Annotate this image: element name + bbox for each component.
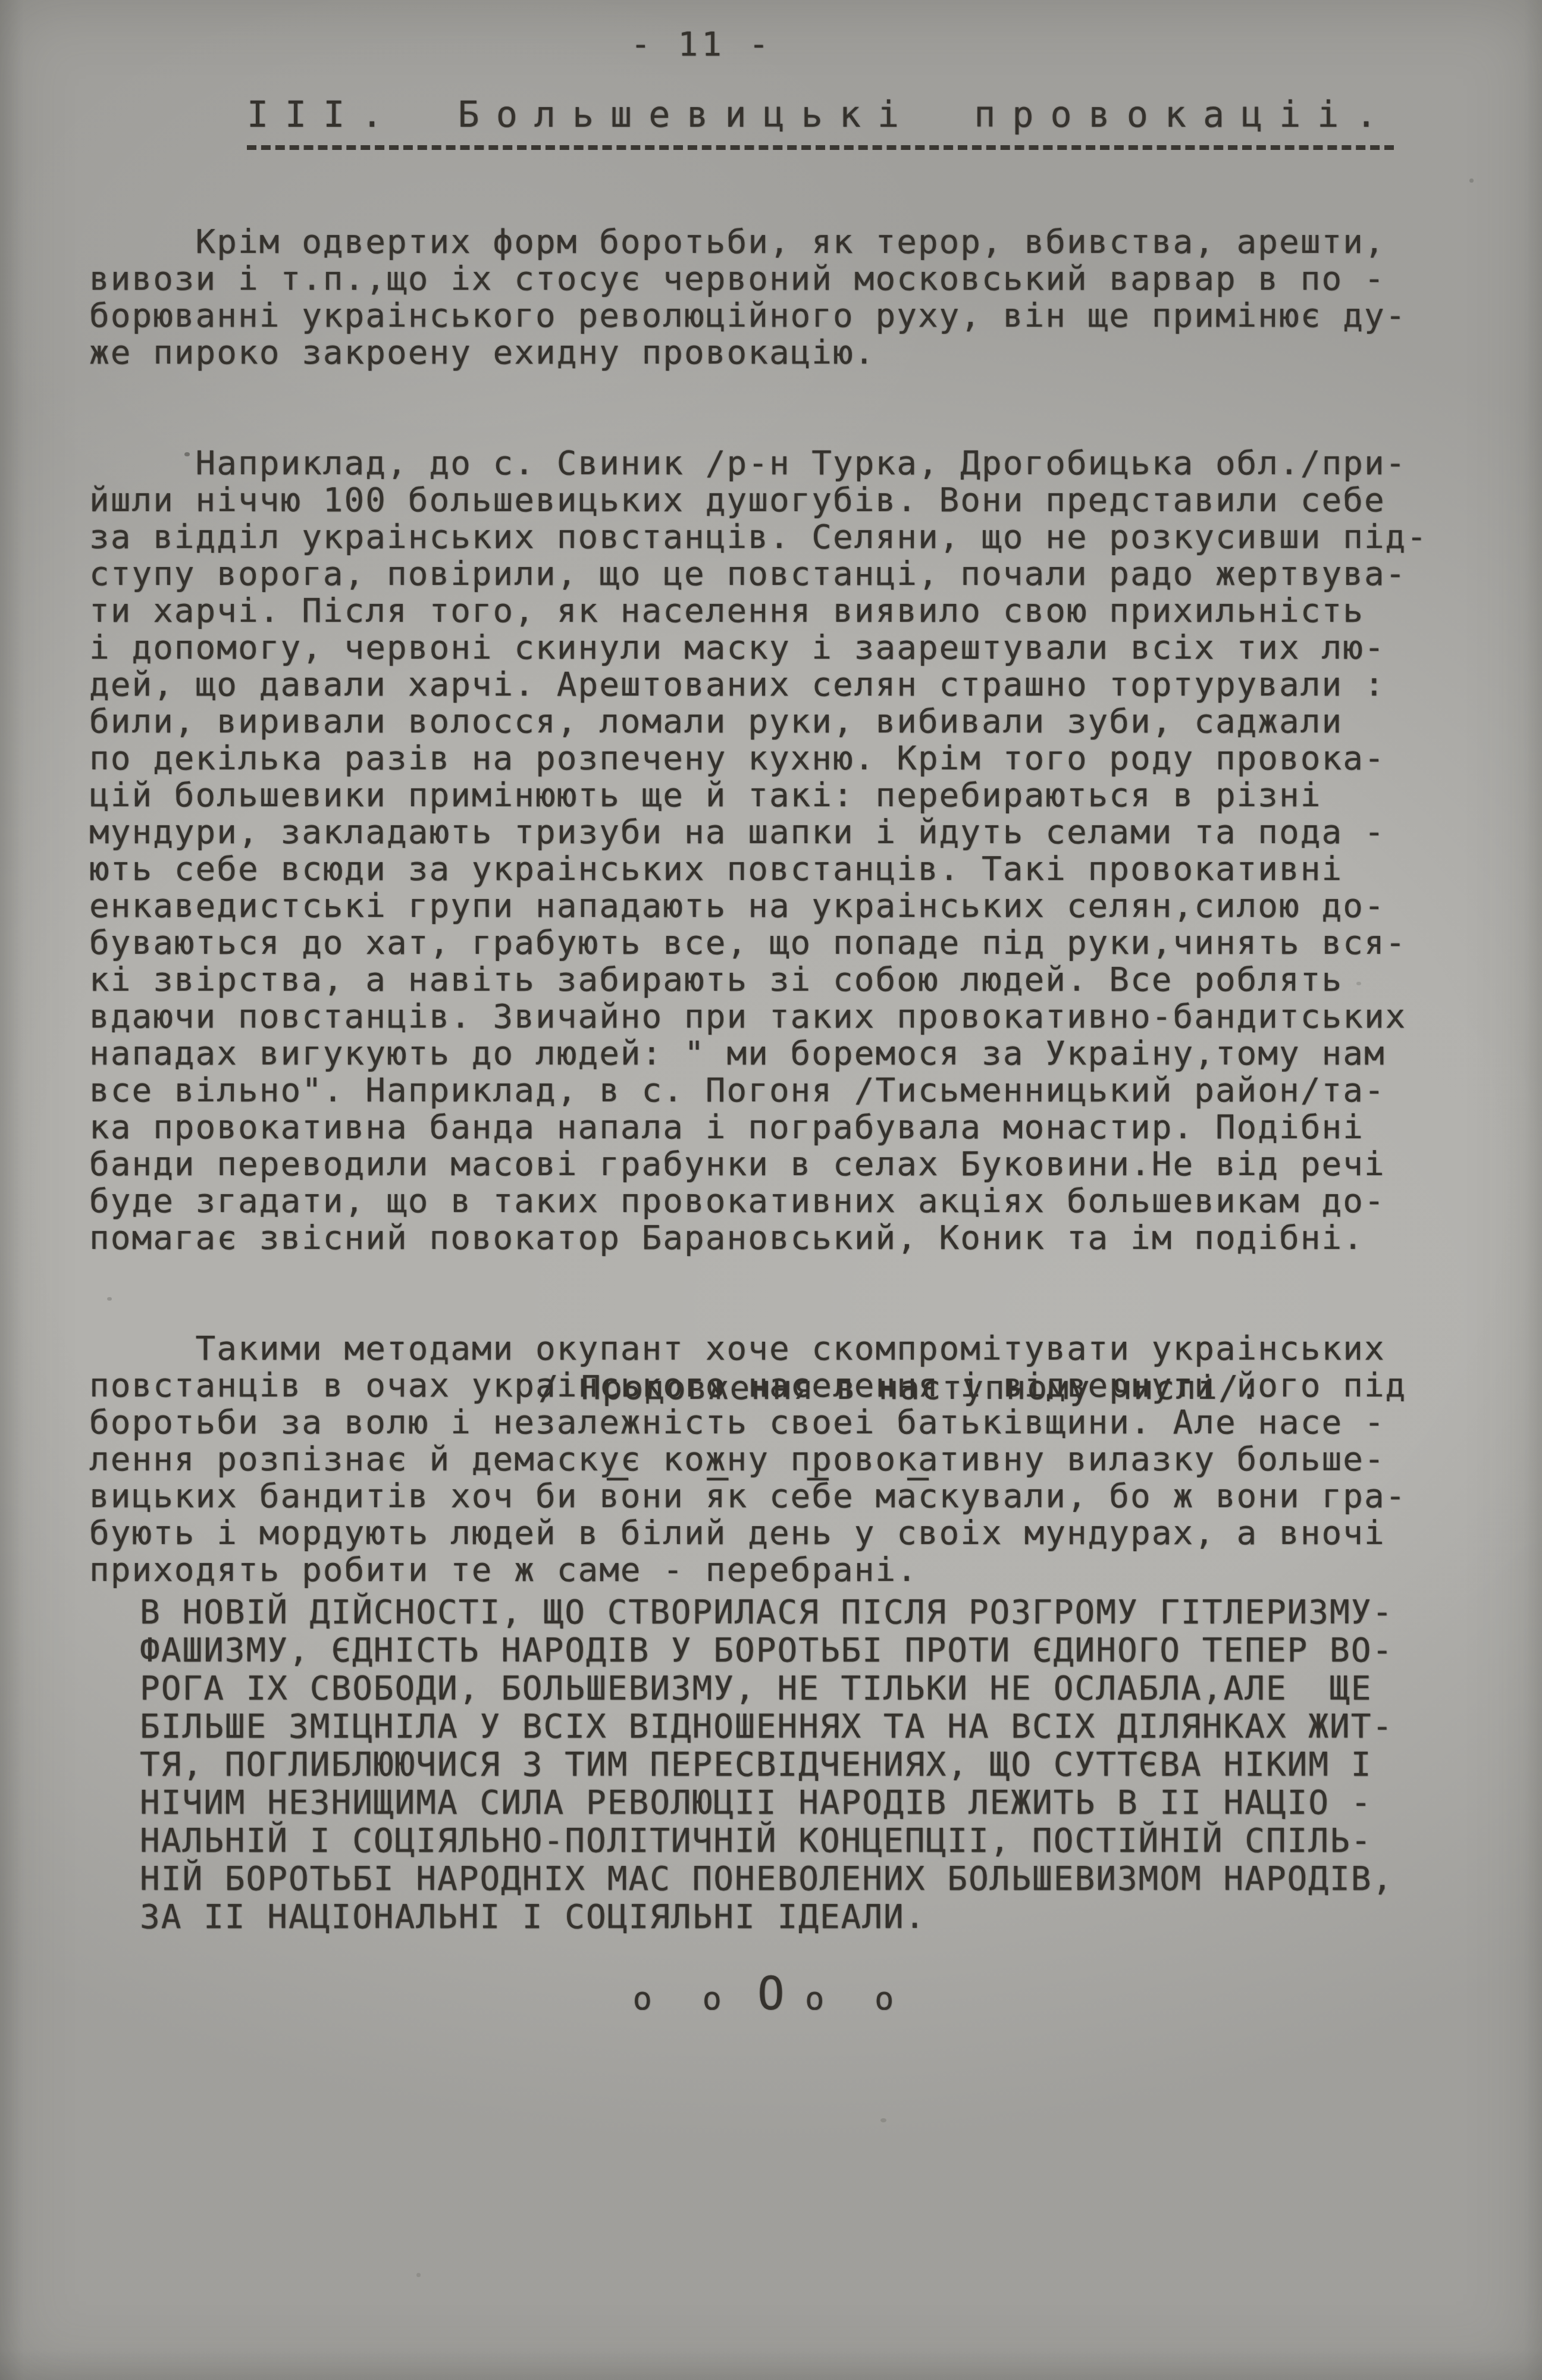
end-mark: о о О о о [0,1967,1542,2020]
paragraph-2: Наприклад, до с. Свиник /р-н Турка, Дрог… [89,445,1517,1257]
dash-separator: – – – – [607,1457,929,1498]
end-mark-left: о о [633,1980,738,2017]
scanned-document-page: { "doc": { "page_number": "- 11 -", "hea… [0,0,1542,2380]
page-number: - 11 - [631,25,772,64]
paper-speck [416,2273,421,2277]
end-mark-center: О [757,1967,785,2020]
section-heading: ІІІ. Большевицькі провокаціі. [247,94,1394,150]
paragraph-1: Крім одвертих форм боротьби, як терор, в… [89,224,1517,371]
paper-speck [880,2118,886,2122]
uppercase-paragraph: В НОВІЙ ДІЙСНОСТІ, ЩО СТВОРИЛАСЯ ПІСЛЯ Р… [140,1593,1484,1936]
continuation-note: / Продовження в наступному числі/. [538,1368,1261,1407]
end-mark-right: о о [805,1980,910,2017]
